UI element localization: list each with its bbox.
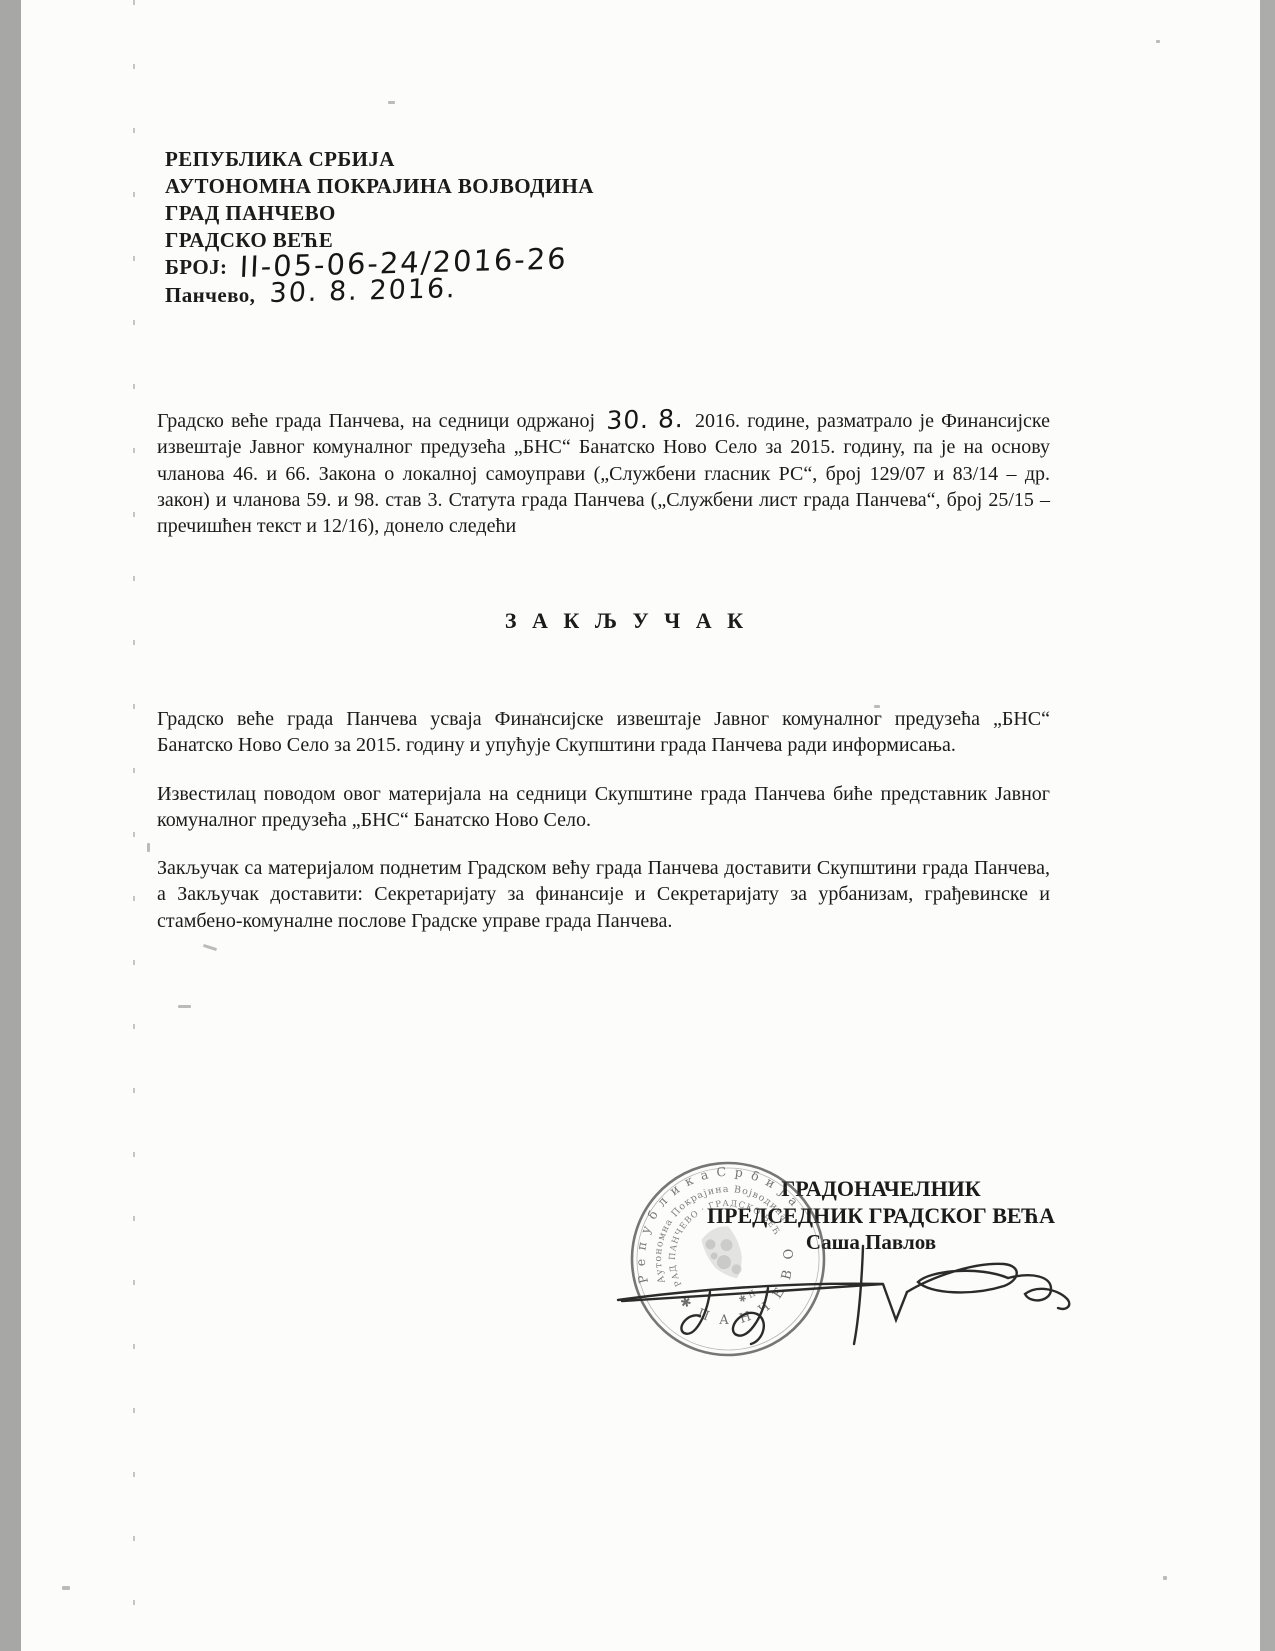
fold-line (133, 0, 135, 1651)
scan-speck (539, 713, 542, 716)
scan-speck (1156, 40, 1160, 43)
decision-paragraph: Градско веће града Панчева усваја Финанс… (157, 706, 1050, 759)
letterhead: РЕПУБЛИКА СРБИЈА АУТОНОМНА ПОКРАЈИНА ВОЈ… (165, 146, 594, 309)
document-page: РЕПУБЛИКА СРБИЈА АУТОНОМНА ПОКРАЈИНА ВОЈ… (0, 0, 1275, 1651)
document-title: З А К Љ У Ч А К (157, 608, 1050, 634)
scan-shadow-right (1260, 0, 1275, 1651)
place-label: Панчево, (165, 282, 255, 309)
scan-speck (147, 843, 150, 852)
scan-speck (874, 705, 880, 708)
scan-speck (167, 792, 171, 796)
scan-shadow-left (0, 0, 21, 1651)
scan-speck (203, 944, 217, 951)
signature-scrawl-icon (600, 1238, 1100, 1368)
place-date-line: Панчево, 30. 8. 2016. (165, 282, 594, 309)
session-date-handwritten: 30. 8. (606, 409, 684, 431)
letterhead-province: АУТОНОМНА ПОКРАЈИНА ВОЈВОДИНА (165, 173, 594, 200)
scan-speck (388, 101, 395, 104)
intro-text-before-date: Градско веће града Панчева, на седници о… (157, 410, 595, 432)
distribution-paragraph: Закључак са материјалом поднетим Градско… (157, 855, 1050, 934)
scan-speck (62, 1586, 70, 1590)
document-number-label: БРОЈ: (165, 254, 227, 281)
rapporteur-paragraph: Известилац поводом овог материјала на се… (157, 781, 1050, 834)
letterhead-city: ГРАД ПАНЧЕВО (165, 200, 594, 227)
letterhead-country: РЕПУБЛИКА СРБИЈА (165, 146, 594, 173)
intro-paragraph: Градско веће града Панчева, на седници о… (157, 408, 1050, 539)
scan-speck (1163, 1576, 1167, 1580)
scan-speck (178, 1005, 191, 1008)
date-handwritten: 30. 8. 2016. (269, 275, 457, 308)
